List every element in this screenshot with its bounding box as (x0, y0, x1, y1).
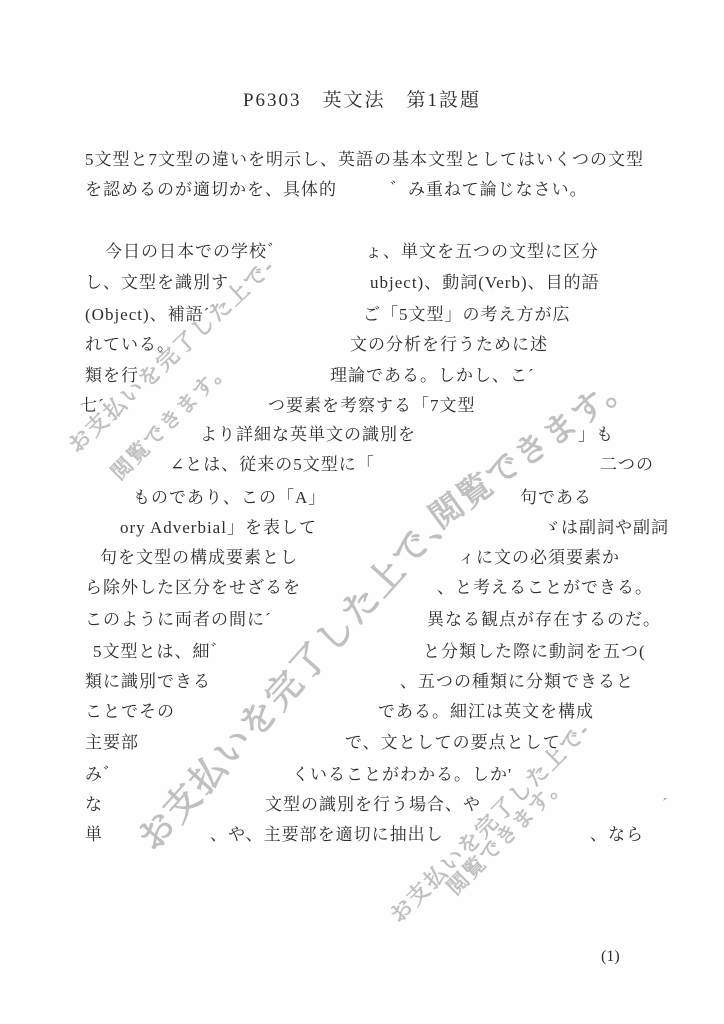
text-line-fragment: 、なら (590, 824, 644, 846)
text-line-fragment: 句を文型の構成要素とし (100, 547, 298, 569)
text-line-fragment: 二つの (600, 454, 654, 476)
text-line-fragment: み゛ (85, 764, 121, 786)
text-line-fragment: 主要部 (85, 732, 139, 754)
text-line-fragment: ら除外した区分をせざるを (85, 577, 301, 599)
page-number: (1) (601, 948, 620, 966)
text-line-fragment: ory Adverbial」を表して (120, 517, 317, 539)
text-line-fragment: ィに文の必須要素か (458, 547, 620, 569)
text-line-fragment: つ要素を考察する「7文型 (268, 395, 476, 417)
text-line-fragment: 句である (520, 487, 592, 509)
text-line-fragment: ことでその (85, 701, 175, 723)
text-line-fragment: な (85, 794, 103, 816)
text-line-fragment: 理論である。しかし、こ´ (330, 365, 535, 387)
watermark-text: 閲覧できます。 (444, 771, 572, 899)
text-line-fragment: ご「5文型」の考え方が広 (363, 304, 571, 326)
text-line-fragment: このように両者の間に´ (85, 609, 272, 631)
text-line-fragment: である。細江は英文を構成 (378, 701, 594, 723)
text-line-fragment: 異なる観点が存在するのだ。 (427, 609, 661, 631)
text-line-fragment: 今日の日本での学校゛ (105, 241, 285, 263)
text-line-fragment: 類を行 (85, 365, 139, 387)
text-line-fragment: と分類した際に動詞を五つ( (423, 641, 646, 663)
text-line-fragment: くいることがわかる。しか' (292, 764, 512, 786)
text-line-fragment: 文の分析を行うために述 (350, 334, 548, 356)
text-line-fragment: 」も (578, 424, 614, 446)
text-line-fragment: 、や、主要部を適切に抽出し (210, 824, 444, 846)
text-line-fragment: ∠とは、従来の5文型に「 (170, 454, 375, 476)
text-line-fragment: し、文型を識別す (85, 272, 229, 294)
text-line-fragment: 、五つの種類に分類できると (400, 671, 634, 693)
text-line-fragment: 類に識別できる (85, 671, 211, 693)
page-title: P6303 英文法 第1設題 (0, 85, 724, 112)
text-line-fragment: ゛み重ねて論じなさい。 (390, 179, 588, 201)
text-line-fragment: より詳細な英単文の識別を (200, 424, 416, 446)
text-line-fragment: れている。 (85, 334, 175, 356)
text-line-fragment: (Object)、補語´ (85, 304, 210, 326)
text-line-fragment: ゞは副詞や副詞 (543, 517, 669, 539)
scanned-document-page: お支払いを完了した上で-閲覧できます。お支払いを完了した上で、閲覧できます。お支… (0, 0, 724, 1024)
text-line-fragment: ´ (662, 794, 669, 816)
text-line-fragment: 、と考えることができる。 (437, 577, 653, 599)
text-line-fragment: 七´ (80, 395, 105, 417)
text-line-fragment: 5文型と7文型の違いを明示し、英語の基本文型としてはいくつの文型 (85, 149, 644, 171)
text-line-fragment: ょ、単文を五つの文型に区分 (365, 241, 599, 263)
text-line-fragment: ubject)、動詞(Verb)、目的語 (370, 272, 600, 294)
text-line-fragment: を認めるのが適切かを、具体的 (85, 179, 337, 201)
text-line-fragment: 文型の識別を行う場合、や (265, 794, 481, 816)
text-line-fragment: で、文としての要点として (345, 732, 561, 754)
text-line-fragment: 単 (85, 824, 103, 846)
text-line-fragment: 5文型とは、細゛ (93, 641, 229, 663)
text-line-fragment: ものであり、この「A」 (133, 487, 326, 509)
